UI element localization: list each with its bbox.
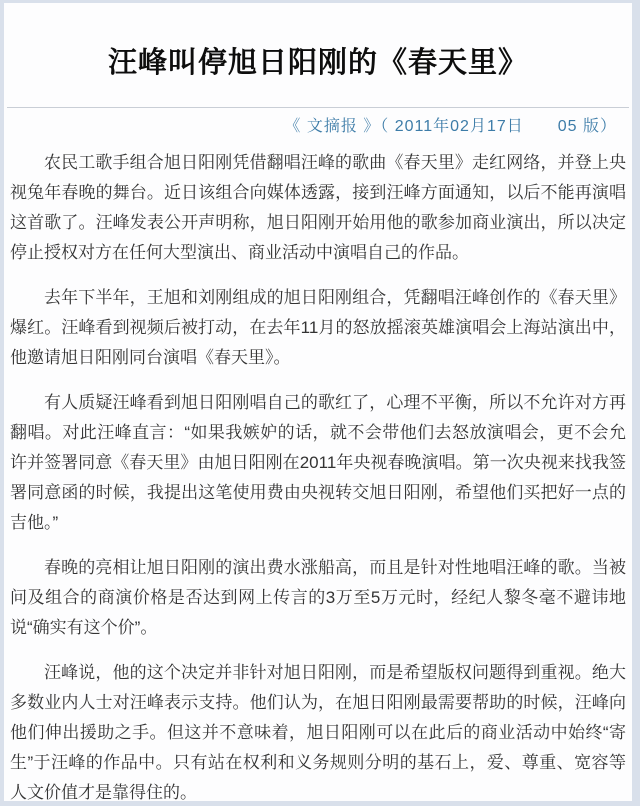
article-paragraph: 汪峰说，他的这个决定并非针对旭日阳刚，而是希望版权问题得到重视。绝大多数业内人士… bbox=[10, 658, 626, 801]
article-body: 农民工歌手组合旭日阳刚凭借翻唱汪峰的歌曲《春天里》走红网络，并登上央视兔年春晚的… bbox=[7, 137, 629, 801]
article-title: 汪峰叫停旭日阳刚的《春天里》 bbox=[7, 3, 629, 81]
article-content: 汪峰叫停旭日阳刚的《春天里》 《 文摘报 》（ 2011年02月17日 05 版… bbox=[4, 3, 632, 801]
article-paragraph: 有人质疑汪峰看到旭日阳刚唱自己的歌红了，心理不平衡，所以不允许对方再翻唱。对此汪… bbox=[10, 388, 626, 538]
article-paragraph: 春晚的亮相让旭日阳刚的演出费水涨船高，而且是针对性地唱汪峰的歌。当被问及组合的商… bbox=[10, 553, 626, 643]
article-paragraph: 农民工歌手组合旭日阳刚凭借翻唱汪峰的歌曲《春天里》走红网络，并登上央视兔年春晚的… bbox=[10, 148, 626, 268]
article-paragraph: 去年下半年，王旭和刘刚组成的旭日阳刚组合，凭翻唱汪峰创作的《春天里》爆红。汪峰看… bbox=[10, 283, 626, 373]
article-page: 汪峰叫停旭日阳刚的《春天里》 《 文摘报 》（ 2011年02月17日 05 版… bbox=[0, 0, 640, 806]
source-publication-link[interactable]: 《 文摘报 》（ 2011年02月17日 05 版） bbox=[7, 108, 629, 137]
